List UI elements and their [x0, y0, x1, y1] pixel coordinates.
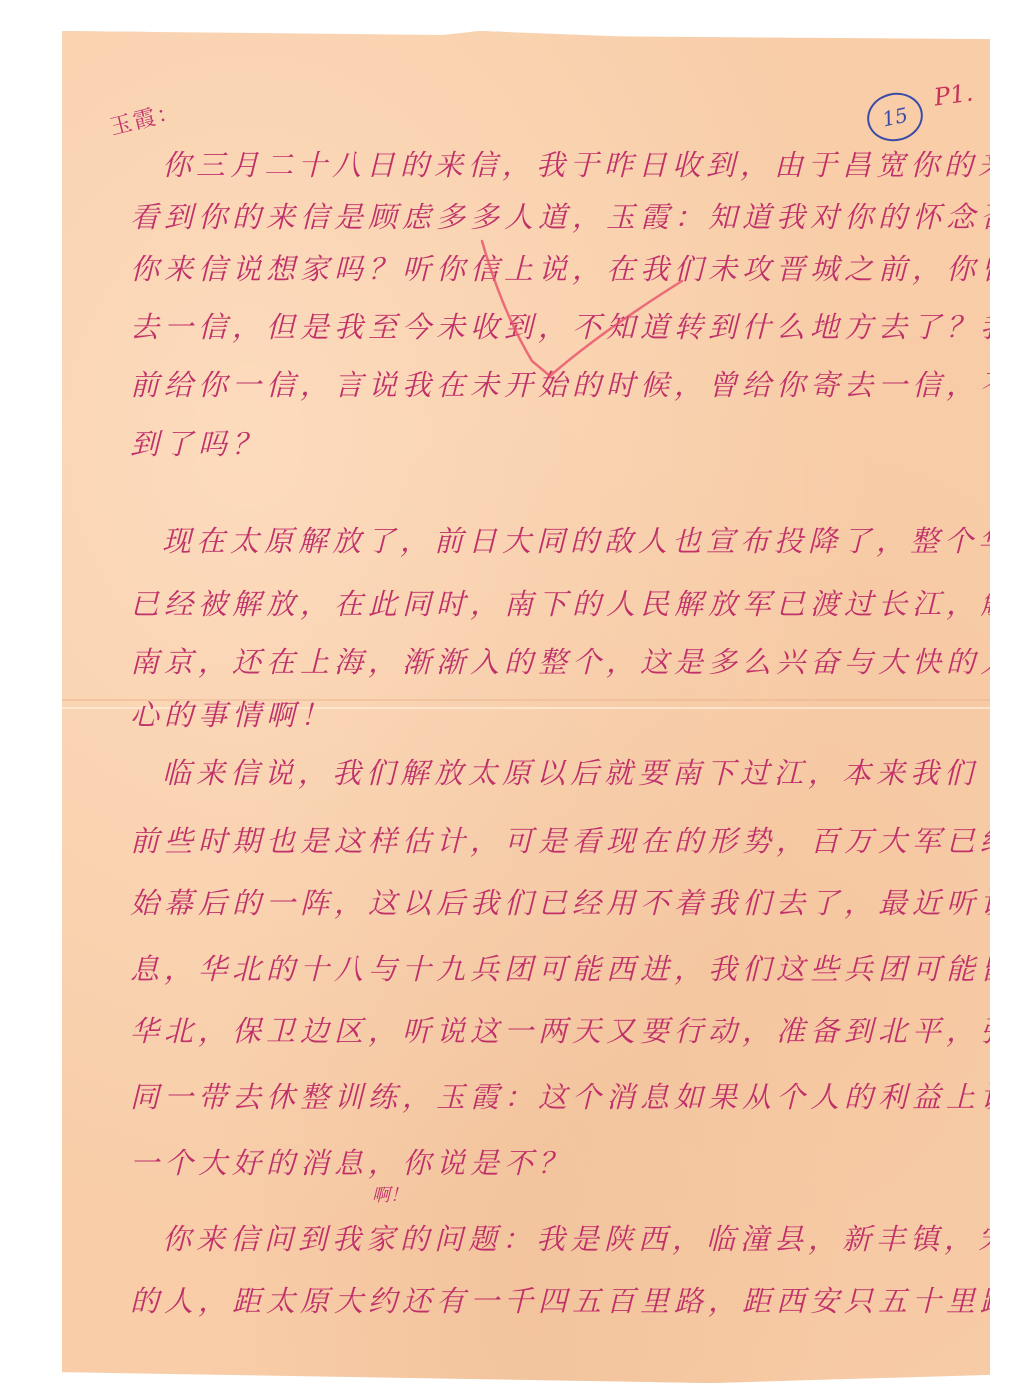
archive-number-circle: 15 — [863, 88, 928, 147]
letter-line: 一个大好的消息，你说是不？ — [130, 1143, 990, 1183]
letter-line: 心的事情啊！ — [130, 695, 990, 735]
letter-line: 去一信，但是我至今未收到，不知道转到什么地方去了？我到太原 — [130, 307, 990, 347]
page-number-label: P1. — [932, 78, 975, 111]
letter-line: 前给你一信，言说我在未开始的时候，曾给你寄去一信，不知收 — [130, 365, 990, 405]
letter-line: 现在太原解放了，前日大同的敌人也宣布投降了，整个华北 — [162, 521, 1022, 561]
letter-line: 前些时期也是这样估计，可是看现在的形势，百万大军已经开 — [130, 821, 990, 861]
letter-line: 的人，距太原大约还有一千四五百里路，距西安只五十里路，现在 — [130, 1281, 990, 1321]
letter-line: 华北，保卫边区，听说这一两天又要行动，准备到北平，张家口，大 — [130, 1011, 990, 1051]
letter-line: 你来信说想家吗？听你信上说，在我们未攻晋城之前，你曾寄 — [130, 249, 990, 289]
letter-line: 你来信问到我家的问题：我是陕西，临潼县，新丰镇，宋家村 — [162, 1219, 1022, 1259]
letter-line: 同一带去休整训练，玉霞：这个消息如果从个人的利益上说，可算 — [130, 1077, 990, 1117]
letter-line: 临来信说，我们解放太原以后就要南下过江，本来我们 — [162, 753, 1022, 793]
letter-line: 已经被解放，在此同时，南下的人民解放军已渡过长江，解放南 — [130, 584, 990, 624]
letter-line: 南京，还在上海，渐渐入的整个，这是多么兴奋与大快的人 — [130, 642, 990, 682]
letter-paper: 15 P1. 玉霞： 你三月二十八日的来信，我于昨日收到，由于昌宽你的来信，始以… — [62, 31, 990, 1383]
salutation: 玉霞： — [106, 94, 183, 142]
letter-line: 息，华北的十八与十九兵团可能西进，我们这些兵团可能留守 — [130, 949, 990, 989]
letter-line: 看到你的来信是顾虑多多人道，玉霞：知道我对你的怀念否耶 — [130, 197, 990, 237]
inserted-word: 啊！ — [372, 1181, 408, 1207]
letter-line: 始幕后的一阵，这以后我们已经用不着我们去了，最近听说一个消 — [130, 883, 990, 923]
letter-line: 到了吗？ — [130, 424, 990, 464]
letter-line: 你三月二十八日的来信，我于昨日收到，由于昌宽你的来信，始以生 — [162, 145, 1022, 185]
